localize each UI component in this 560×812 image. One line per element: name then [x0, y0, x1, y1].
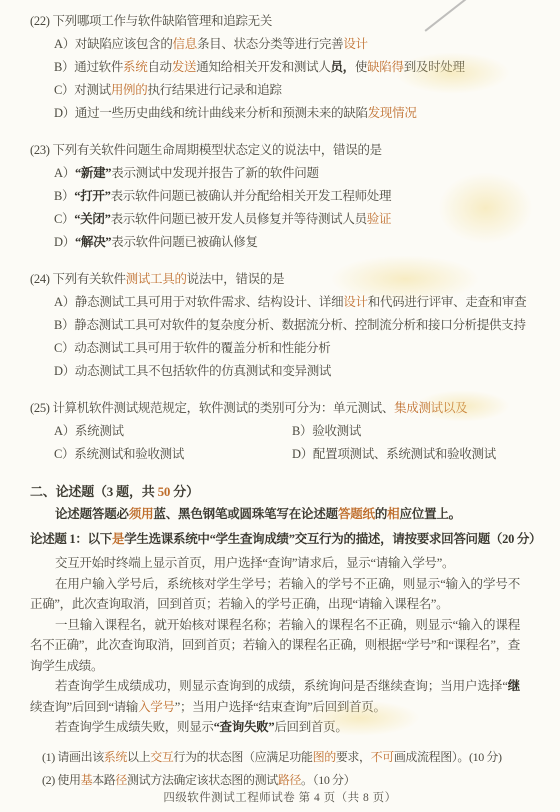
text-run: 分）	[170, 484, 199, 499]
text-run: 续查询”后回到“请输	[30, 700, 138, 714]
choice-option: A）静态测试工具可用于对软件需求、结构设计、详细设计和代码进行评审、走查和审查	[30, 291, 534, 314]
text-run: C）对测试	[54, 83, 111, 97]
text-run: 应位置上。	[399, 507, 461, 521]
text-run: 要求，	[336, 750, 371, 764]
choice-option: D）“解决”表示软件问题已被确认修复	[30, 231, 534, 254]
text-run: (22) 下列哪项工作与软件缺陷管理和追踪无关	[30, 14, 272, 28]
choice-option: A）对缺陷应该包含的信息条目、状态分类等进行完善设计	[30, 33, 534, 56]
text-run: “解决”	[75, 235, 111, 249]
text-run: (24) 下列有关软件	[30, 272, 126, 286]
text-run: 执行结果进行记录和追踪	[147, 83, 281, 97]
text-run: 发送	[172, 60, 196, 74]
essay-paragraph: 交互开始时终端上显示首页，用户选择“查询”请求后，显示“请输入学号”。	[30, 553, 520, 574]
text-run: 论述题 1：以下	[30, 532, 112, 546]
text-run: 和代码进行评审、走查和审查	[368, 295, 527, 309]
choice-option: B）验收测试	[292, 420, 534, 443]
text-run: “关闭”	[74, 212, 110, 226]
text-run: 说法中，错误的是	[187, 272, 285, 286]
text-run: (23) 下列有关软件问题生命周期模型状态定义的说法中，错误的是	[30, 143, 382, 157]
text-run: “查询失败”	[214, 720, 275, 734]
essay-paragraph: 一旦输入课程名，就开始核对课程名称；若输入的课程名不正确，则显示“输入的课程名不…	[30, 615, 520, 677]
choice-option: B）静态测试工具可对软件的复杂度分析、数据流分析、控制流分析和接口分析提供支持	[30, 314, 534, 337]
text-run: 行为的状态图（应满足功能	[173, 750, 312, 764]
text-run: 二、论述题（3 题，共	[30, 484, 158, 499]
text-run: A）	[54, 166, 75, 180]
text-run: 信息	[173, 37, 197, 51]
text-run: B）验收测试	[292, 424, 361, 438]
text-run: D）动态测试工具不包括软件的仿真测试和变异测试	[54, 364, 331, 378]
text-run: 继	[508, 679, 520, 693]
text-run: 测试方法确定该状态图的测试	[127, 773, 278, 787]
text-run: 若查询学生成绩失败，则显示	[55, 720, 214, 734]
text-run: C）	[54, 212, 74, 226]
essay-subquestions: (1) 请画出该系统以上交互行为的状态图（应满足功能图的要求，不可画成流程图）。…	[30, 746, 534, 792]
text-run: 交互行为	[295, 532, 344, 546]
text-run: B）静态测试工具可对软件的复杂度分析、数据流分析、控制流分析和接口分析提供支持	[54, 318, 526, 332]
text-run: 学生选课系统中“学生查询成绩”	[124, 532, 295, 546]
choice-question: (23) 下列有关软件问题生命周期模型状态定义的说法中，错误的是 A）“新建”表…	[30, 139, 534, 254]
text-run: B）	[54, 189, 74, 203]
text-run: 测试工具的	[126, 272, 187, 286]
text-run: 路径	[278, 773, 301, 787]
text-run: 答题纸	[338, 507, 375, 521]
exam-page: (22) 下列哪项工作与软件缺陷管理和追踪无关 A）对缺陷应该包含的信息条目、状…	[0, 0, 560, 812]
text-run: 相	[387, 507, 399, 521]
choice-question: (24) 下列有关软件测试工具的说法中，错误的是 A）静态测试工具可用于对软件需…	[30, 268, 534, 383]
text-run: D）通过一些历史曲线和统计曲线来分析和预测未来的缺陷	[54, 106, 368, 120]
text-run: 黑	[178, 507, 190, 521]
essay-section: 二、论述题（3 题，共 50 分） 论述题答题必须用蓝、黑色钢笔或圆珠笔写在论述…	[30, 480, 534, 792]
choice-option: D）动态测试工具不包括软件的仿真测试和变异测试	[30, 360, 534, 383]
essay-section-heading: 二、论述题（3 题，共 50 分）	[30, 480, 534, 503]
text-run: 蓝、	[153, 507, 178, 521]
text-run: D）配置项测试、系统测试和验收测试	[292, 447, 496, 461]
text-run: 在用户输入学号后，系统核对学生学号；若输入的学号不正确，则显示“输入的学号不正确…	[30, 577, 520, 612]
text-run: 一旦输入课程名，就开始核对课程名称；若输入的课程名不正确，则显示“输入的课程名不…	[30, 618, 520, 673]
text-run: 自动	[147, 60, 171, 74]
essay-subquestion: (1) 请画出该系统以上交互行为的状态图（应满足功能图的要求，不可画成流程图）。…	[42, 746, 534, 769]
text-run: C）系统测试和验收测试	[54, 447, 184, 461]
essay-paragraph: 若查询学生成绩失败，则显示“查询失败”后回到首页。	[30, 717, 520, 738]
text-run: 后回到首页。	[274, 720, 347, 734]
choice-option: D）通过一些历史曲线和统计曲线来分析和预测未来的缺陷发现情况	[30, 102, 534, 125]
text-run: 通知给相关开发和测试人	[196, 60, 330, 74]
text-run: 表示软件问题已被确认修复	[111, 235, 257, 249]
text-run: 须用	[129, 507, 154, 521]
text-run: D）	[54, 235, 75, 249]
question-options: A）对缺陷应该包含的信息条目、状态分类等进行完善设计B）通过软件系统自动发送通知…	[30, 33, 534, 125]
essay-paragraph: 若查询学生成绩成功，则显示查询到的成绩，系统询问是否继续查询；当用户选择“继续查…	[30, 676, 520, 717]
text-run: A）系统测试	[54, 424, 124, 438]
essay-notice: 论述题答题必须用蓝、黑色钢笔或圆珠笔写在论述题答题纸的相应位置上。	[30, 503, 534, 526]
text-run: 系统	[123, 60, 147, 74]
choice-option: B）通过软件系统自动发送通知给相关开发和测试人员，使缺陷得到及时处理	[30, 56, 534, 79]
text-run: 本路	[92, 773, 115, 787]
text-run: (1) 请画出该	[42, 750, 104, 764]
question-stem: (23) 下列有关软件问题生命周期模型状态定义的说法中，错误的是	[30, 139, 534, 162]
text-run: 发现情况	[368, 106, 417, 120]
text-run: 色钢笔或圆珠笔写在论述题	[190, 507, 338, 521]
text-run: 不可	[371, 750, 394, 764]
text-run: ”；当用户选择“结束查询”后回到首页。	[175, 700, 386, 714]
text-run: 50	[158, 484, 171, 499]
text-run: 表示软件问题已被确认并分配给相关开发工程师处理	[111, 189, 392, 203]
choice-option: D）配置项测试、系统测试和验收测试	[292, 443, 534, 466]
text-run: 若查询学生成绩成功，则显示查询到的成绩，系统询问是否继续查询；当用户选择“	[55, 679, 508, 693]
text-run: “新建”	[75, 166, 111, 180]
choice-question: (22) 下列哪项工作与软件缺陷管理和追踪无关 A）对缺陷应该包含的信息条目、状…	[30, 10, 534, 125]
choice-option: A）“新建”表示测试中发现并报告了新的软件问题	[30, 162, 534, 185]
text-run: 到及时处理	[404, 60, 465, 74]
essay-paragraph: 在用户输入学号后，系统核对学生学号；若输入的学号不正确，则显示“输入的学号不正确…	[30, 574, 520, 615]
text-run: 缺陷得	[367, 60, 404, 74]
text-run: “打开”	[74, 189, 110, 203]
text-run: 论述题答题必	[55, 507, 129, 521]
question-stem: (22) 下列哪项工作与软件缺陷管理和追踪无关	[30, 10, 534, 33]
choice-option: B）“打开”表示软件问题已被确认并分配给相关开发工程师处理	[30, 185, 534, 208]
text-run: 。（10 分）	[301, 773, 355, 787]
question-options: A）系统测试B）验收测试C）系统测试和验收测试D）配置项测试、系统测试和验收测试	[30, 420, 534, 466]
text-run: 径	[115, 773, 127, 787]
choice-option: C）对测试用例的执行结果进行记录和追踪	[30, 79, 534, 102]
text-run: 条目、状态分类等进行完善	[197, 37, 343, 51]
choice-option: C）动态测试工具可用于软件的覆盖分析和性能分析	[30, 337, 534, 360]
choice-option: C）“关闭”表示软件问题已被开发人员修复并等待测试人员验证	[30, 208, 534, 231]
text-run: 表示测试中发现并报告了新的软件问题	[111, 166, 318, 180]
text-run: 验证	[367, 212, 391, 226]
choice-option: C）系统测试和验收测试	[54, 443, 292, 466]
choice-question: (25) 计算机软件测试规范规定，软件测试的类别可分为：单元测试、集成测试以及 …	[30, 397, 534, 466]
text-run: 员，	[330, 60, 354, 74]
text-run: 表示软件问题已被开发人员修复并等待测试人员	[111, 212, 367, 226]
text-run: 是	[112, 532, 124, 546]
page-footer: 四级软件测试工程师试卷 第 4 页（共 8 页）	[0, 789, 560, 805]
footer-text: 四级软件测试工程师试卷 第 4 页（共 8 页）	[163, 792, 396, 804]
text-run: A）静态测试工具可用于对软件需求、结构设计、详细	[54, 295, 343, 309]
text-run: 交互开始时终端上显示首页，用户选择“查询”请求后，显示“请输入学号”。	[55, 556, 454, 570]
text-run: 入学号	[138, 700, 175, 714]
text-run: 集成测试以及	[394, 401, 467, 415]
text-run: 设计	[343, 37, 367, 51]
text-run: 的	[375, 507, 387, 521]
text-run: 的描述，请按要求回答问题（20 分）	[344, 532, 542, 546]
question-stem: (24) 下列有关软件测试工具的说法中，错误的是	[30, 268, 534, 291]
choice-option: A）系统测试	[54, 420, 292, 443]
text-run: 用例的	[111, 83, 148, 97]
text-run: 交互	[150, 750, 173, 764]
question-options: A）“新建”表示测试中发现并报告了新的软件问题B）“打开”表示软件问题已被确认并…	[30, 162, 534, 254]
essay-description: 交互开始时终端上显示首页，用户选择“查询”请求后，显示“请输入学号”。在用户输入…	[30, 553, 534, 738]
question-options: A）静态测试工具可用于对软件需求、结构设计、详细设计和代码进行评审、走查和审查B…	[30, 291, 534, 383]
text-run: 使	[355, 60, 367, 74]
text-run: 图的	[313, 750, 336, 764]
text-run: (2) 使用	[42, 773, 81, 787]
text-run: A）对缺陷应该包含的	[54, 37, 173, 51]
text-run: 设计	[343, 295, 367, 309]
text-run: 基	[81, 773, 93, 787]
essay-question-title: 论述题 1：以下是学生选课系统中“学生查询成绩”交互行为的描述，请按要求回答问题…	[30, 528, 534, 551]
text-run: 以上	[127, 750, 150, 764]
text-run: (25) 计算机软件测试规范规定，软件测试的类别可分为：单元测试、	[30, 401, 394, 415]
text-run: B）通过软件	[54, 60, 123, 74]
choice-questions-section: (22) 下列哪项工作与软件缺陷管理和追踪无关 A）对缺陷应该包含的信息条目、状…	[30, 10, 534, 466]
text-run: C）动态测试工具可用于软件的覆盖分析和性能分析	[54, 341, 330, 355]
question-stem: (25) 计算机软件测试规范规定，软件测试的类别可分为：单元测试、集成测试以及	[30, 397, 534, 420]
text-run: 系统	[104, 750, 127, 764]
text-run: 画成流程图）。(10 分)	[394, 750, 502, 764]
